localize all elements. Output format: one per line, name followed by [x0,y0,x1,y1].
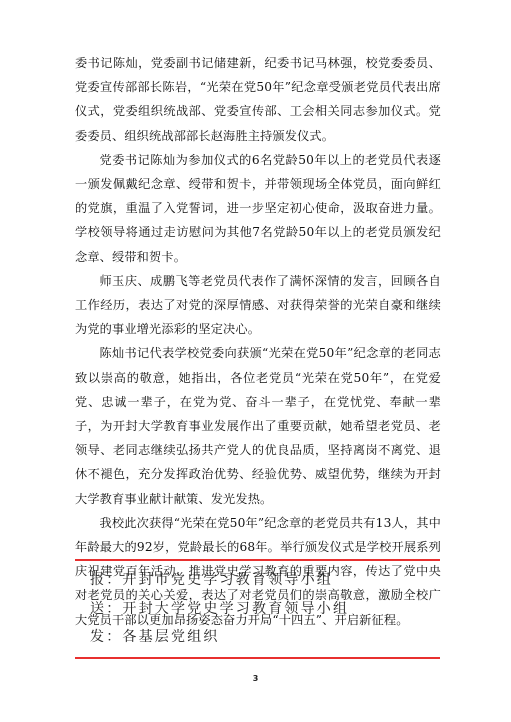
paragraph-attendees: 委书记陈灿，党委副书记储建新，纪委书记马林强，校党委委员、党委宣传部部长陈岩，“… [75,51,441,148]
distribution-value: 各基层党组织 [122,629,219,645]
red-divider-bottom [75,657,440,659]
distribution-label: 送： [90,601,122,617]
distribution-label: 发： [90,629,122,645]
distribution-list: 报：开封市党史学习教育领导小组 送：开封大学党史学习教育领导小组 发：各基层党组… [90,566,440,652]
paragraph-secretary-remarks: 陈灿书记代表学校党委向获颁“光荣在党50年”纪念章的老同志致以崇高的敬意，她指出… [75,341,441,510]
distribution-label: 报： [90,572,122,588]
paragraph-representative-speech: 师玉庆、成鹏飞等老党员代表作了满怀深情的发言，回顾各自工作经历，表达了对党的深厚… [75,269,441,342]
distribution-report-to: 报：开封市党史学习教育领导小组 [90,566,440,595]
page-number: 3 [0,674,511,683]
article-body: 委书记陈灿，党委副书记储建新，纪委书记马林强，校党委委员、党委宣传部部长陈岩，“… [75,51,441,632]
document-page: 委书记陈灿，党委副书记储建新，纪委书记马林强，校党委委员、党委宣传部部长陈岩，“… [0,0,511,722]
red-divider-top [75,559,440,561]
paragraph-award-presentation: 党委书记陈灿为参加仪式的6名党龄50年以上的老党员代表逐一颁发佩戴纪念章、绶带和… [75,148,441,269]
distribution-value: 开封市党史学习教育领导小组 [122,572,333,588]
distribution-send-to: 送：开封大学党史学习教育领导小组 [90,595,440,624]
distribution-issue-to: 发：各基层党组织 [90,623,440,652]
distribution-value: 开封大学党史学习教育领导小组 [122,601,349,617]
